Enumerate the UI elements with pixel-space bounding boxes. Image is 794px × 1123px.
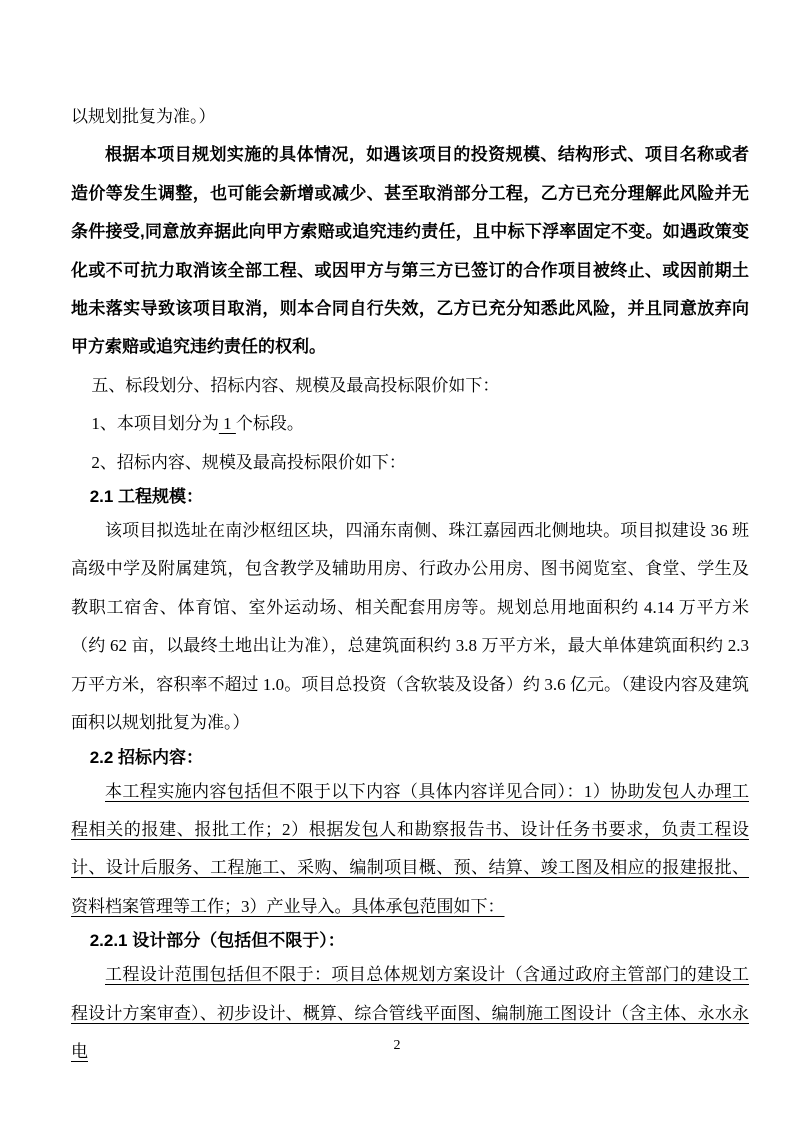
- paragraph-tender-content: 本工程实施内容包括但不限于以下内容（具体内容详见合同）：1）协助发包人办理工程相…: [71, 773, 749, 927]
- heading-2-2-1-design-part: 2.2.1 设计部分（包括但不限于）：: [71, 926, 749, 956]
- page-number: 2: [0, 1033, 794, 1059]
- document-page: 以规划批复为准。） 根据本项目规划实施的具体情况，如遇该项目的投资规模、结构形式…: [0, 0, 794, 1123]
- heading-2-2-tender-content: 2.2 招标内容：: [71, 743, 749, 773]
- list-item-1-suffix: 个标段。: [236, 414, 304, 433]
- paragraph-risk-clause: 根据本项目规划实施的具体情况，如遇该项目的投资规模、结构形式、项目名称或者造价等…: [71, 136, 749, 366]
- list-item-2: 2、招标内容、规模及最高投标限价如下：: [71, 444, 749, 482]
- list-item-1-underlined-value: 1: [219, 414, 236, 433]
- paragraph-continuation: 以规划批复为准。）: [71, 98, 749, 136]
- list-item-1: 1、本项目划分为 1 个标段。: [71, 405, 749, 443]
- paragraph-project-scale: 该项目拟选址在南沙枢纽区块，四涌东南侧、珠江嘉园西北侧地块。项目拟建设 36 班…: [71, 512, 749, 742]
- section-5-heading: 五、标段划分、招标内容、规模及最高投标限价如下：: [71, 367, 749, 405]
- heading-2-1-project-scale: 2.1 工程规模：: [71, 482, 749, 512]
- list-item-1-prefix: 1、本项目划分为: [91, 414, 219, 433]
